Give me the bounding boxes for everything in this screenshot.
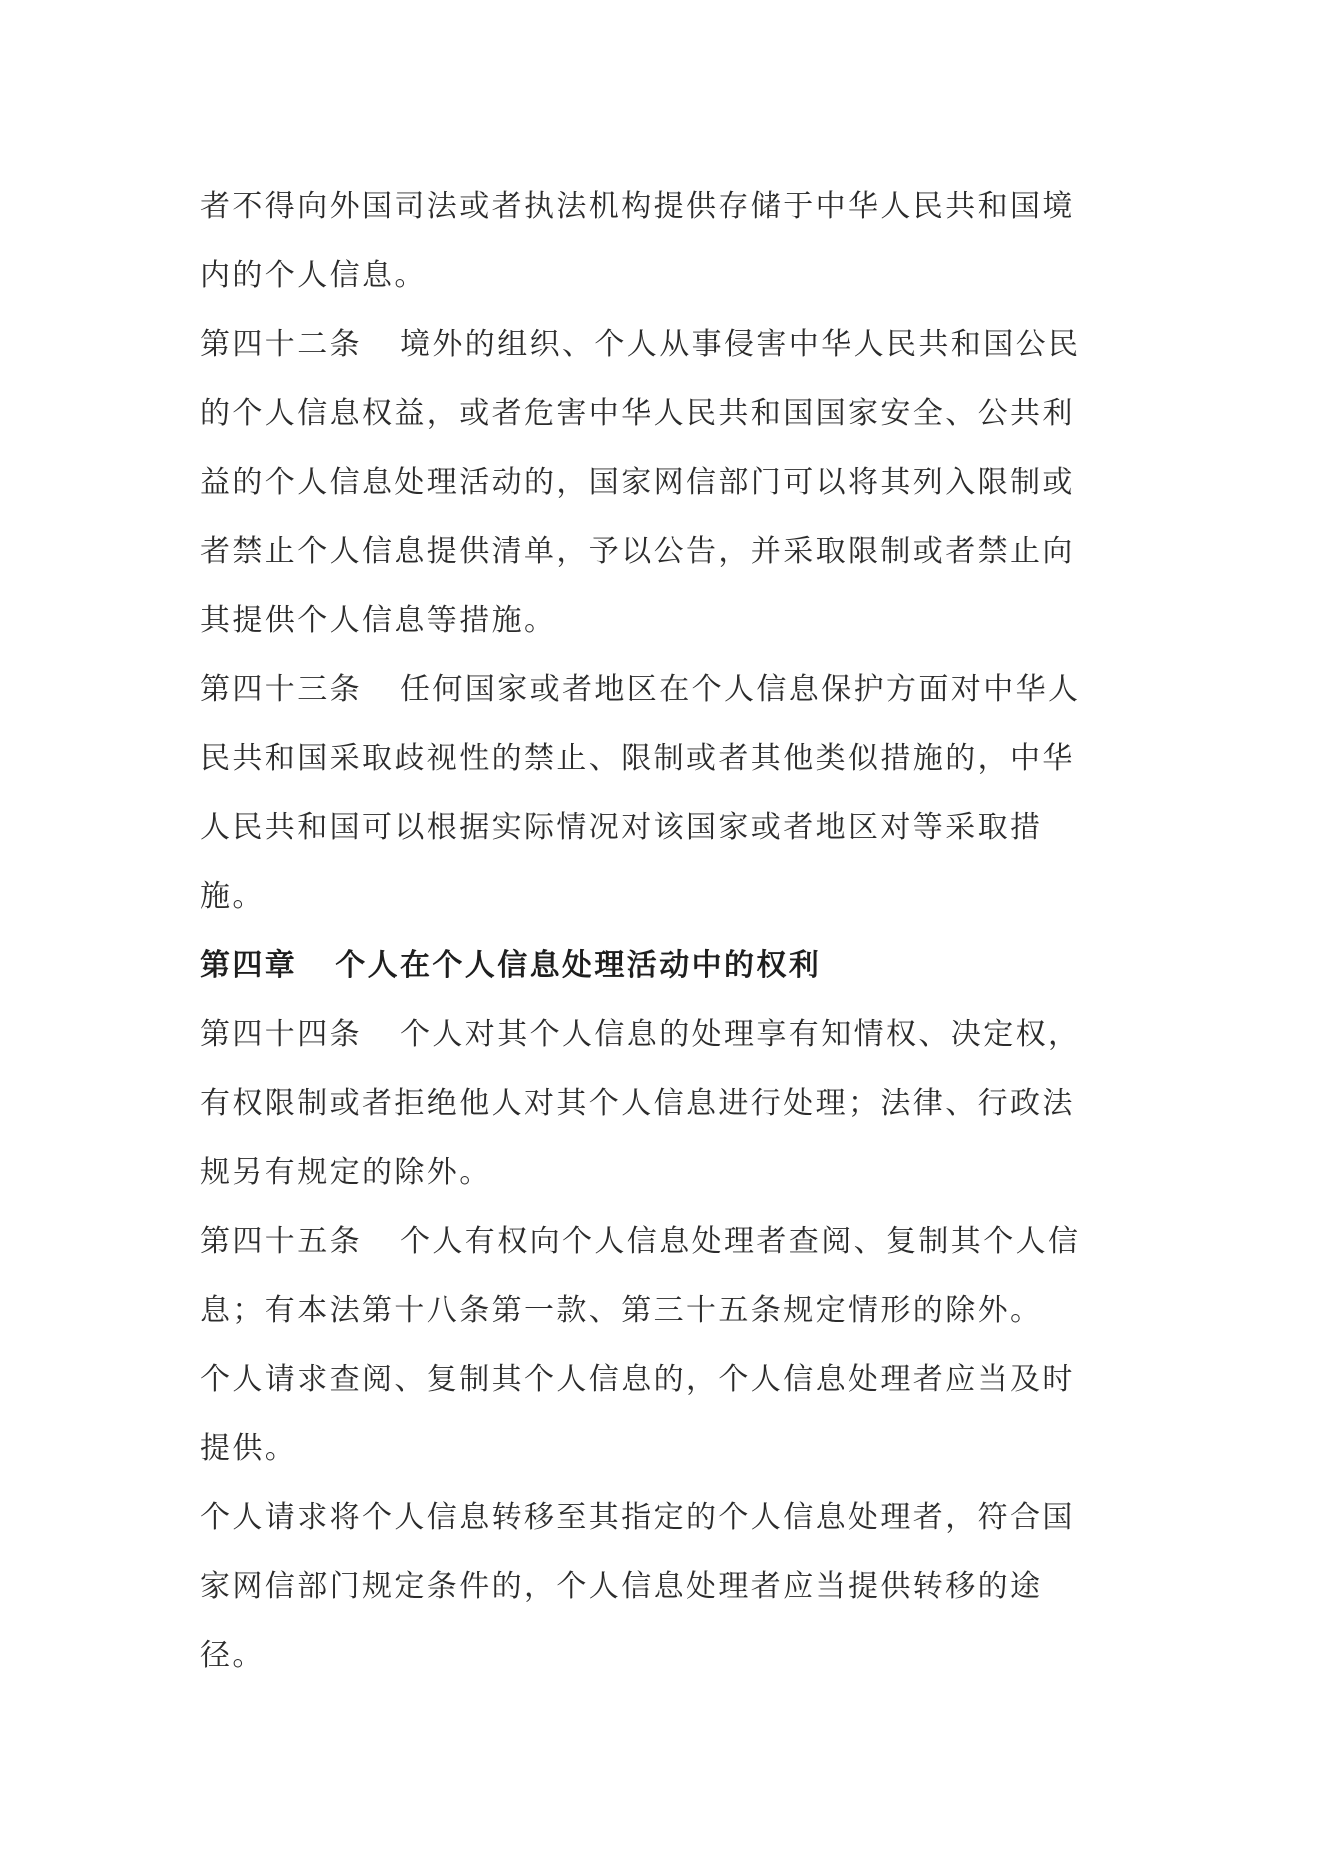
article-45-line: 第四十五条个人有权向个人信息处理者查阅、复制其个人信 (200, 1207, 1115, 1276)
article-label: 第四十五条 (200, 1224, 362, 1259)
document-page: 者不得向外国司法或者执法机构提供存储于中华人民共和国境 内的个人信息。 第四十二… (200, 172, 1115, 1690)
paragraph-text: 任何国家或者地区在个人信息保护方面对中华人 (400, 672, 1080, 707)
paragraph-text: 的个人信息权益，或者危害中华人民共和国国家安全、公共利 (200, 396, 1075, 431)
paragraph-text: 个人请求将个人信息转移至其指定的个人信息处理者，符合国 (200, 1500, 1075, 1535)
paragraph-text: 境外的组织、个人从事侵害中华人民共和国公民 (400, 327, 1080, 362)
text-line: 益的个人信息处理活动的，国家网信部门可以将其列入限制或 (200, 448, 1115, 517)
paragraph-text: 个人有权向个人信息处理者查阅、复制其个人信 (400, 1224, 1080, 1259)
article-43-line: 第四十三条任何国家或者地区在个人信息保护方面对中华人 (200, 655, 1115, 724)
text-line: 人民共和国可以根据实际情况对该国家或者地区对等采取措 (200, 793, 1115, 862)
article-label: 第四十四条 (200, 1017, 362, 1052)
text-line: 者不得向外国司法或者执法机构提供存储于中华人民共和国境 (200, 172, 1115, 241)
paragraph-text: 息；有本法第十八条第一款、第三十五条规定情形的除外。 (200, 1293, 1042, 1328)
text-line: 的个人信息权益，或者危害中华人民共和国国家安全、公共利 (200, 379, 1115, 448)
text-line: 个人请求将个人信息转移至其指定的个人信息处理者，符合国 (200, 1483, 1115, 1552)
paragraph-text: 内的个人信息。 (200, 258, 427, 293)
paragraph-text: 径。 (200, 1638, 265, 1673)
text-line: 个人请求查阅、复制其个人信息的，个人信息处理者应当及时 (200, 1345, 1115, 1414)
text-line: 息；有本法第十八条第一款、第三十五条规定情形的除外。 (200, 1276, 1115, 1345)
article-label: 第四十三条 (200, 672, 362, 707)
text-line: 提供。 (200, 1414, 1115, 1483)
text-line: 径。 (200, 1621, 1115, 1690)
text-line: 家网信部门规定条件的，个人信息处理者应当提供转移的途 (200, 1552, 1115, 1621)
text-line: 施。 (200, 862, 1115, 931)
article-42-line: 第四十二条境外的组织、个人从事侵害中华人民共和国公民 (200, 310, 1115, 379)
paragraph-text: 民共和国采取歧视性的禁止、限制或者其他类似措施的，中华 (200, 741, 1075, 776)
paragraph-text: 家网信部门规定条件的，个人信息处理者应当提供转移的途 (200, 1569, 1042, 1604)
paragraph-text: 有权限制或者拒绝他人对其个人信息进行处理；法律、行政法 (200, 1086, 1075, 1121)
text-line: 内的个人信息。 (200, 241, 1115, 310)
text-line: 规另有规定的除外。 (200, 1138, 1115, 1207)
text-line: 其提供个人信息等措施。 (200, 586, 1115, 655)
paragraph-text: 提供。 (200, 1431, 297, 1466)
paragraph-text: 者不得向外国司法或者执法机构提供存储于中华人民共和国境 (200, 189, 1075, 224)
article-44-line: 第四十四条个人对其个人信息的处理享有知情权、决定权， (200, 1000, 1115, 1069)
paragraph-text: 其提供个人信息等措施。 (200, 603, 556, 638)
paragraph-text: 个人对其个人信息的处理享有知情权、决定权， (400, 1017, 1080, 1052)
text-line: 有权限制或者拒绝他人对其个人信息进行处理；法律、行政法 (200, 1069, 1115, 1138)
paragraph-text: 者禁止个人信息提供清单，予以公告，并采取限制或者禁止向 (200, 534, 1075, 569)
chapter-heading: 第四章个人在个人信息处理活动中的权利 (200, 931, 1115, 1000)
paragraph-text: 规另有规定的除外。 (200, 1155, 492, 1190)
paragraph-text: 益的个人信息处理活动的，国家网信部门可以将其列入限制或 (200, 465, 1075, 500)
paragraph-text: 施。 (200, 879, 265, 914)
text-line: 者禁止个人信息提供清单，予以公告，并采取限制或者禁止向 (200, 517, 1115, 586)
article-label: 第四十二条 (200, 327, 362, 362)
chapter-label: 第四章 (200, 948, 297, 983)
paragraph-text: 个人请求查阅、复制其个人信息的，个人信息处理者应当及时 (200, 1362, 1075, 1397)
text-line: 民共和国采取歧视性的禁止、限制或者其他类似措施的，中华 (200, 724, 1115, 793)
chapter-title: 个人在个人信息处理活动中的权利 (335, 948, 821, 983)
paragraph-text: 人民共和国可以根据实际情况对该国家或者地区对等采取措 (200, 810, 1042, 845)
